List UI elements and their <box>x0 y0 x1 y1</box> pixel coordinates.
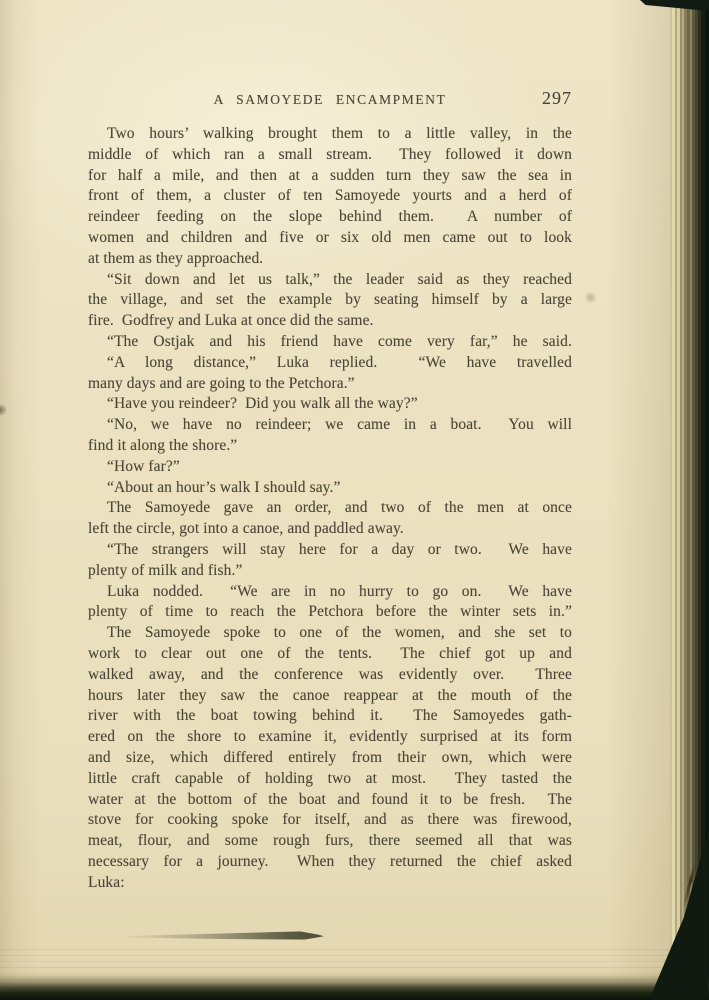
paragraph: Luka nodded. “We are in no hurry to go o… <box>88 582 572 624</box>
text-line: “Have you reindeer? Did you walk all the… <box>88 394 572 415</box>
text-line: stove for cooking spoke for itself, and … <box>88 810 572 831</box>
text-line: Luka: <box>88 873 572 894</box>
text-line: necessary for a journey. When they retur… <box>88 852 572 873</box>
paragraph: “Have you reindeer? Did you walk all the… <box>88 394 572 415</box>
text-line: walked away, and the conference was evid… <box>88 665 572 686</box>
text-line: find it along the shore.” <box>88 436 572 457</box>
text-line: “A long distance,” Luka replied. “We hav… <box>88 353 572 374</box>
text-line: for half a mile, and then at a sudden tu… <box>88 166 572 187</box>
text-line: “No, we have no reindeer; we came in a b… <box>88 415 572 436</box>
text-line: and size, which differed entirely from t… <box>88 748 572 769</box>
text-line: many days and are going to the Petchora.… <box>88 374 572 395</box>
text-line: front of them, a cluster of ten Samoyede… <box>88 186 572 207</box>
text-line: plenty of time to reach the Petchora bef… <box>88 602 572 623</box>
text-line: Luka nodded. “We are in no hurry to go o… <box>88 582 572 603</box>
paragraph: The Samoyede spoke to one of the women, … <box>88 623 572 893</box>
book-scene: A SAMOYEDE ENCAMPMENT 297 Two hours’ wal… <box>0 0 709 1000</box>
text-line: at them as they approached. <box>88 249 572 270</box>
paragraph: “A long distance,” Luka replied. “We hav… <box>88 353 572 395</box>
text-line: “About an hour’s walk I should say.” <box>88 478 572 499</box>
text-line: plenty of milk and fish.” <box>88 561 572 582</box>
text-line: little craft capable of holding two at m… <box>88 769 572 790</box>
text-line: “Sit down and let us talk,” the leader s… <box>88 270 572 291</box>
page-fore-edges <box>670 3 705 994</box>
paragraph: The Samoyede gave an order, and two of t… <box>88 498 572 540</box>
smudge-spot <box>584 291 597 304</box>
text-line: hours later they saw the canoe reappear … <box>88 686 572 707</box>
ink-stroke-mark <box>128 931 324 940</box>
text-line: the village, and set the example by seat… <box>88 290 572 311</box>
paragraph: “The strangers will stay here for a day … <box>88 540 572 582</box>
text-block: Two hours’ walking brought them to a lit… <box>88 124 572 893</box>
running-head: A SAMOYEDE ENCAMPMENT 297 <box>88 88 572 110</box>
text-line: ered on the shore to examine it, evident… <box>88 727 572 748</box>
paragraph: “Sit down and let us talk,” the leader s… <box>88 270 572 332</box>
text-line: The Samoyede gave an order, and two of t… <box>88 498 572 519</box>
cover-bottom-band <box>0 974 709 1000</box>
paragraph: “How far?” <box>88 457 572 478</box>
text-line: middle of which ran a small stream. They… <box>88 145 572 166</box>
text-line: fire. Godfrey and Luka at once did the s… <box>88 311 572 332</box>
text-line: reindeer feeding on the slope behind the… <box>88 207 572 228</box>
text-line: left the circle, got into a canoe, and p… <box>88 519 572 540</box>
page-header-title: A SAMOYEDE ENCAMPMENT <box>88 92 572 108</box>
text-line: work to clear out one of the tents. The … <box>88 644 572 665</box>
text-line: meat, flour, and some rough furs, there … <box>88 831 572 852</box>
text-line: “The Ostjak and his friend have come ver… <box>88 332 572 353</box>
page-edge-nick <box>0 404 7 416</box>
book-page: A SAMOYEDE ENCAMPMENT 297 Two hours’ wal… <box>0 0 674 994</box>
text-line: women and children and five or six old m… <box>88 228 572 249</box>
text-line: “The strangers will stay here for a day … <box>88 540 572 561</box>
text-line: water at the bottom of the boat and foun… <box>88 790 572 811</box>
paragraph: Two hours’ walking brought them to a lit… <box>88 124 572 270</box>
text-line: river with the boat towing behind it. Th… <box>88 706 572 727</box>
text-line: “How far?” <box>88 457 572 478</box>
paragraph: “The Ostjak and his friend have come ver… <box>88 332 572 353</box>
text-line: The Samoyede spoke to one of the women, … <box>88 623 572 644</box>
page-number: 297 <box>542 88 572 109</box>
paragraph: “About an hour’s walk I should say.” <box>88 478 572 499</box>
text-line: Two hours’ walking brought them to a lit… <box>88 124 572 145</box>
paragraph: “No, we have no reindeer; we came in a b… <box>88 415 572 457</box>
